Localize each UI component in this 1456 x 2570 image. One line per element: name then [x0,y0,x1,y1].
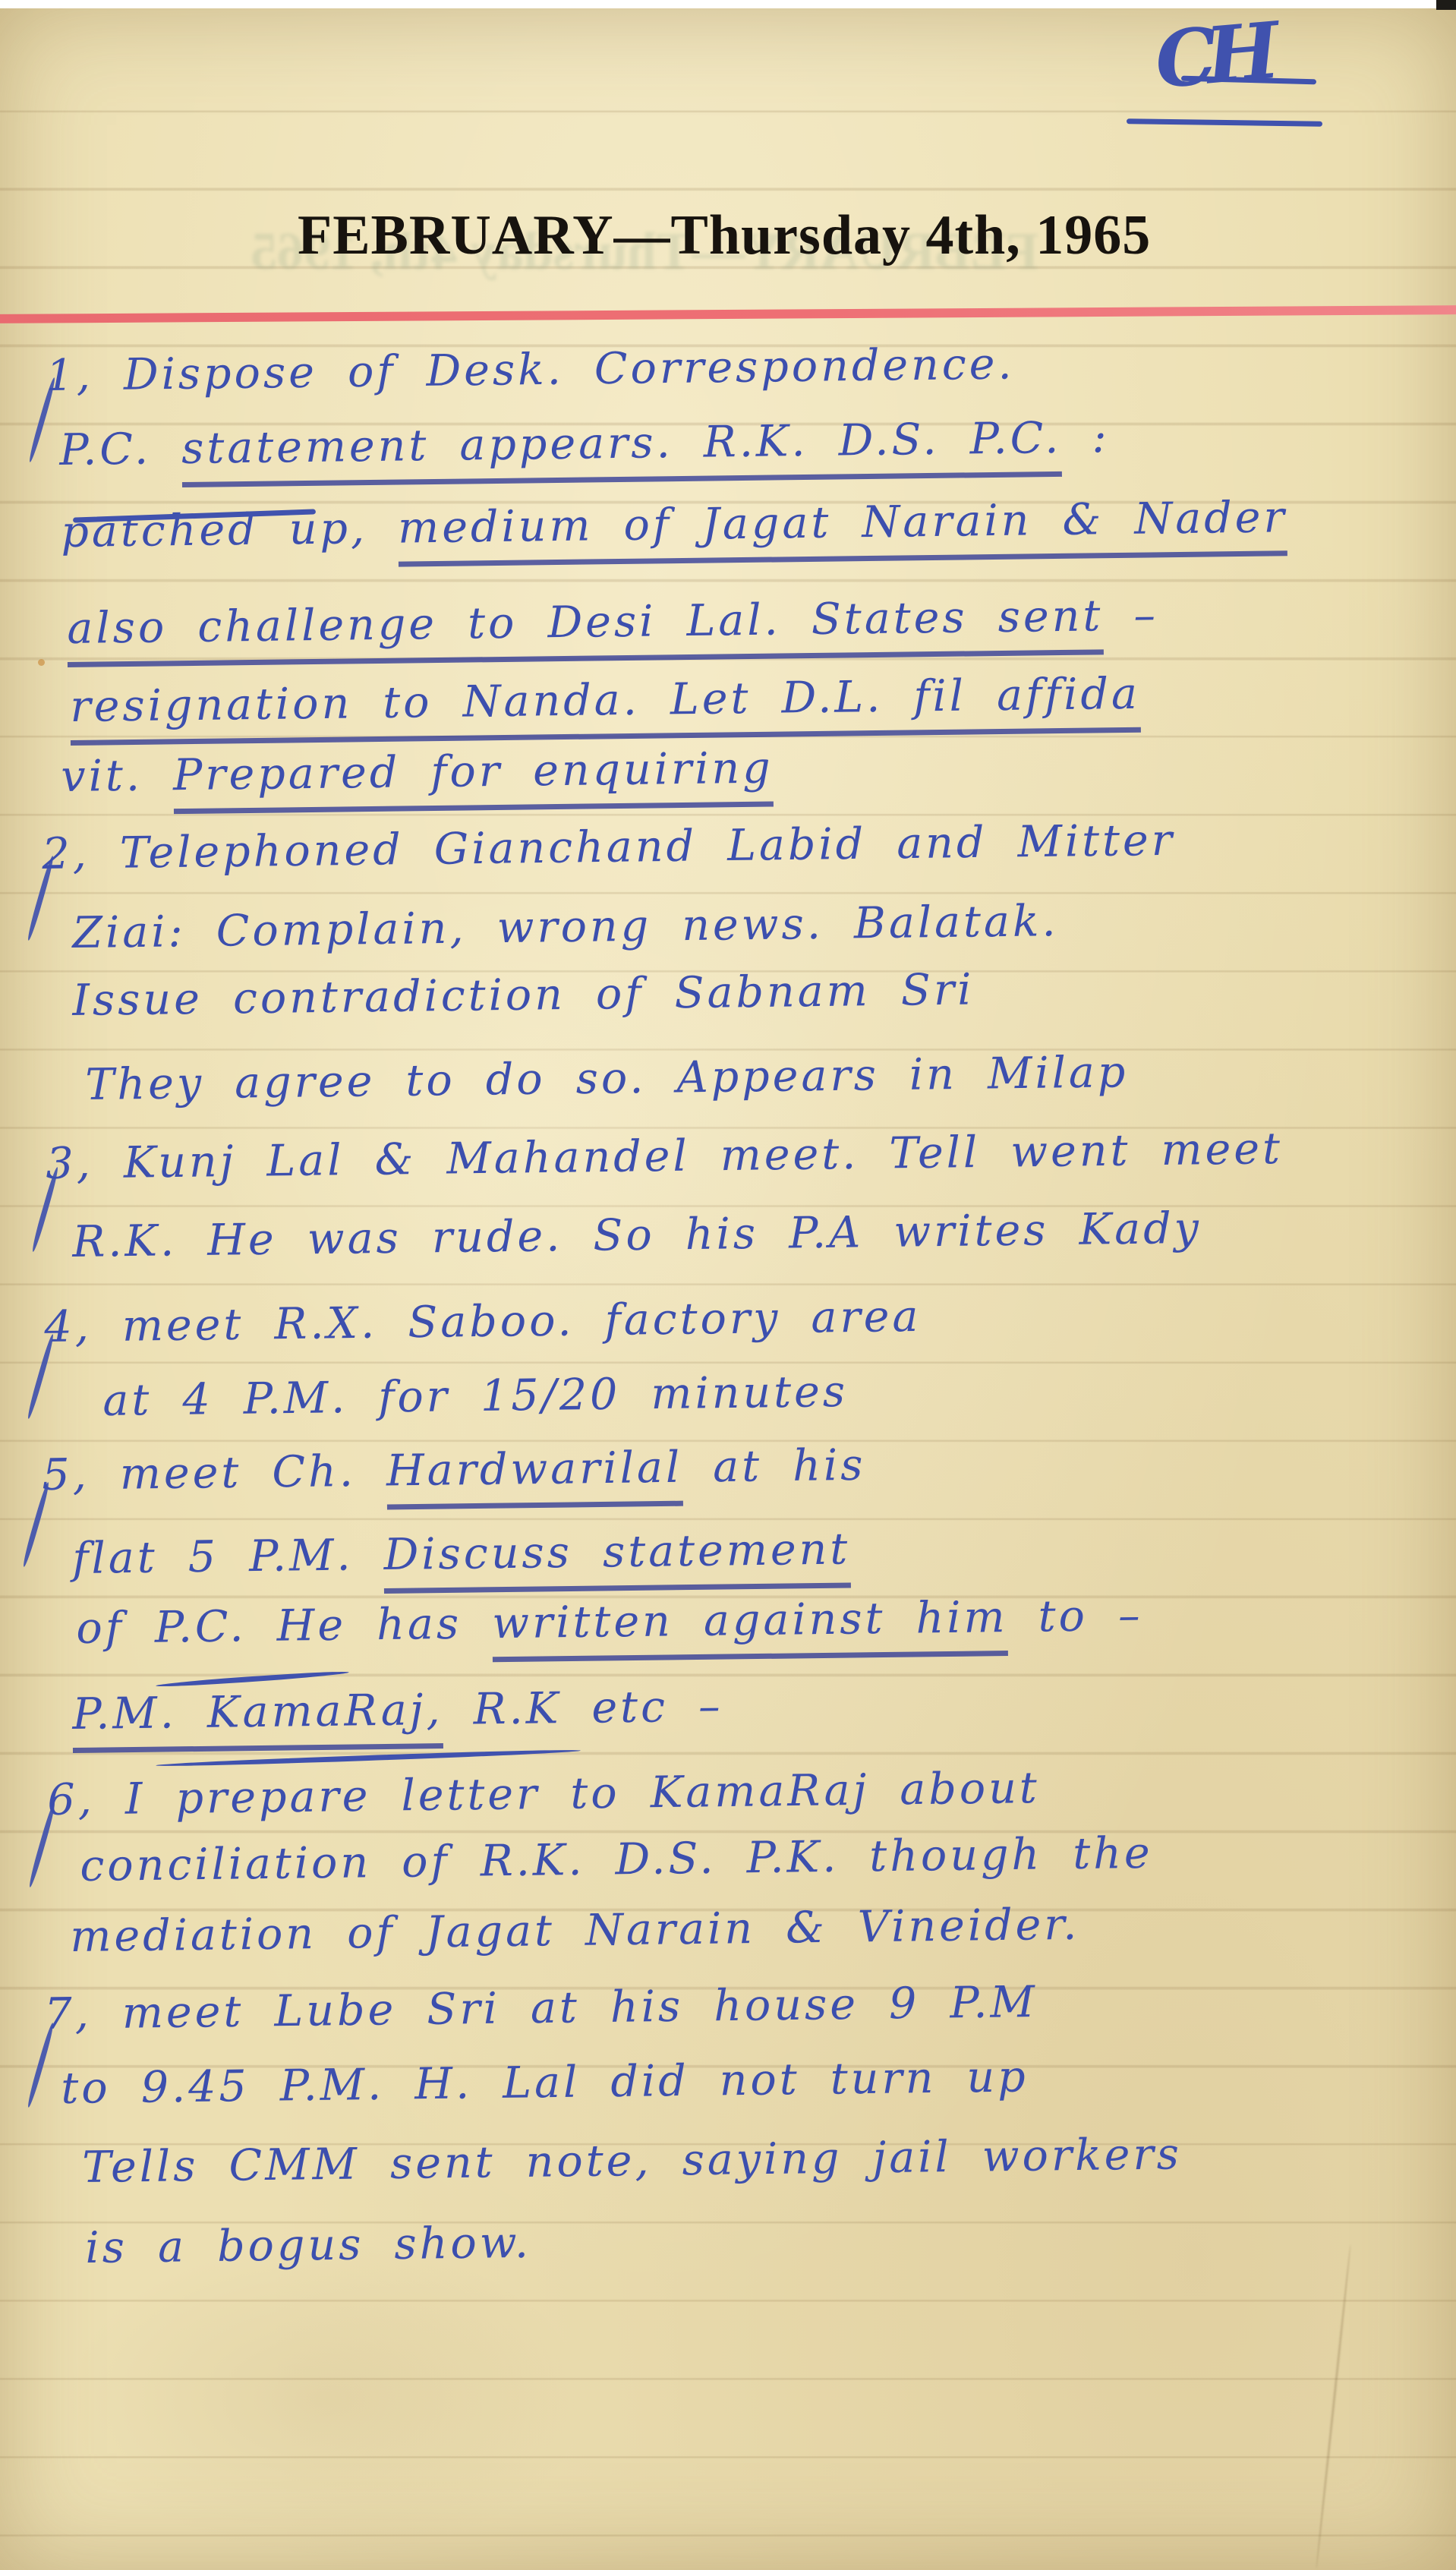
line-text-underlined: medium of Jagat Narain & Nader [398,492,1288,566]
line-text: P.C. [59,424,182,475]
paper-speck [38,659,45,666]
handwritten-line: is a bogus show. [85,2218,531,2273]
line-text-underlined: statement appears. R.K. D.S. P.C. [181,413,1062,487]
handwritten-line: 4, meet R.X. Saboo. factory area [44,1291,922,1352]
line-text-underlined: written against him [492,1592,1008,1662]
line-text-underlined: P.M. KamaRaj, [72,1685,443,1753]
handwritten-line: vit. Prepared for enquiring [61,743,774,802]
line-text: to – [1007,1591,1143,1642]
line-text: : [1061,412,1110,463]
line-text-underlined: Discuss statement [383,1524,851,1594]
line-text-underlined: also challenge to Desi Lal. States sent [67,591,1104,667]
page-date-heading: FEBRUARY—Thursday 4th, 1965 [298,203,1151,268]
line-text: R.K etc – [443,1682,723,1736]
line-text: flat 5 P.M. [72,1530,384,1584]
handwritten-line: 5, meet Ch. Hardwarilal at his [42,1440,866,1500]
handwritten-line: at 4 P.M. for 15/20 minutes [102,1367,848,1426]
line-text: vit. [61,750,173,802]
line-text: patched up, [61,503,399,557]
line-text-underlined: Prepared for enquiring [173,743,774,815]
line-text: – [1103,590,1158,641]
handwritten-line: P.M. KamaRaj, R.K etc – [72,1682,723,1739]
line-text-underlined: resignation to Nanda. Let D.L. fil affid… [70,669,1141,746]
line-text: at his [682,1440,866,1493]
line-text: is a bogus show. [85,2218,531,2273]
line-text: of P.C. He has [76,1598,493,1654]
scan-edge-mark [1436,0,1456,10]
line-text-underlined: Hardwarilal [386,1443,683,1510]
line-text: 4, meet R.X. Saboo. factory area [44,1291,922,1352]
line-text: 5, meet Ch. [42,1446,386,1500]
scanned-diary-page: { "document": { "corner_mark": "CH", "he… [0,0,1456,2570]
ink-monogram: CH [1152,6,1272,107]
line-text: at 4 P.M. for 15/20 minutes [102,1367,848,1426]
handwritten-line: flat 5 P.M. Discuss statement [72,1524,851,1584]
